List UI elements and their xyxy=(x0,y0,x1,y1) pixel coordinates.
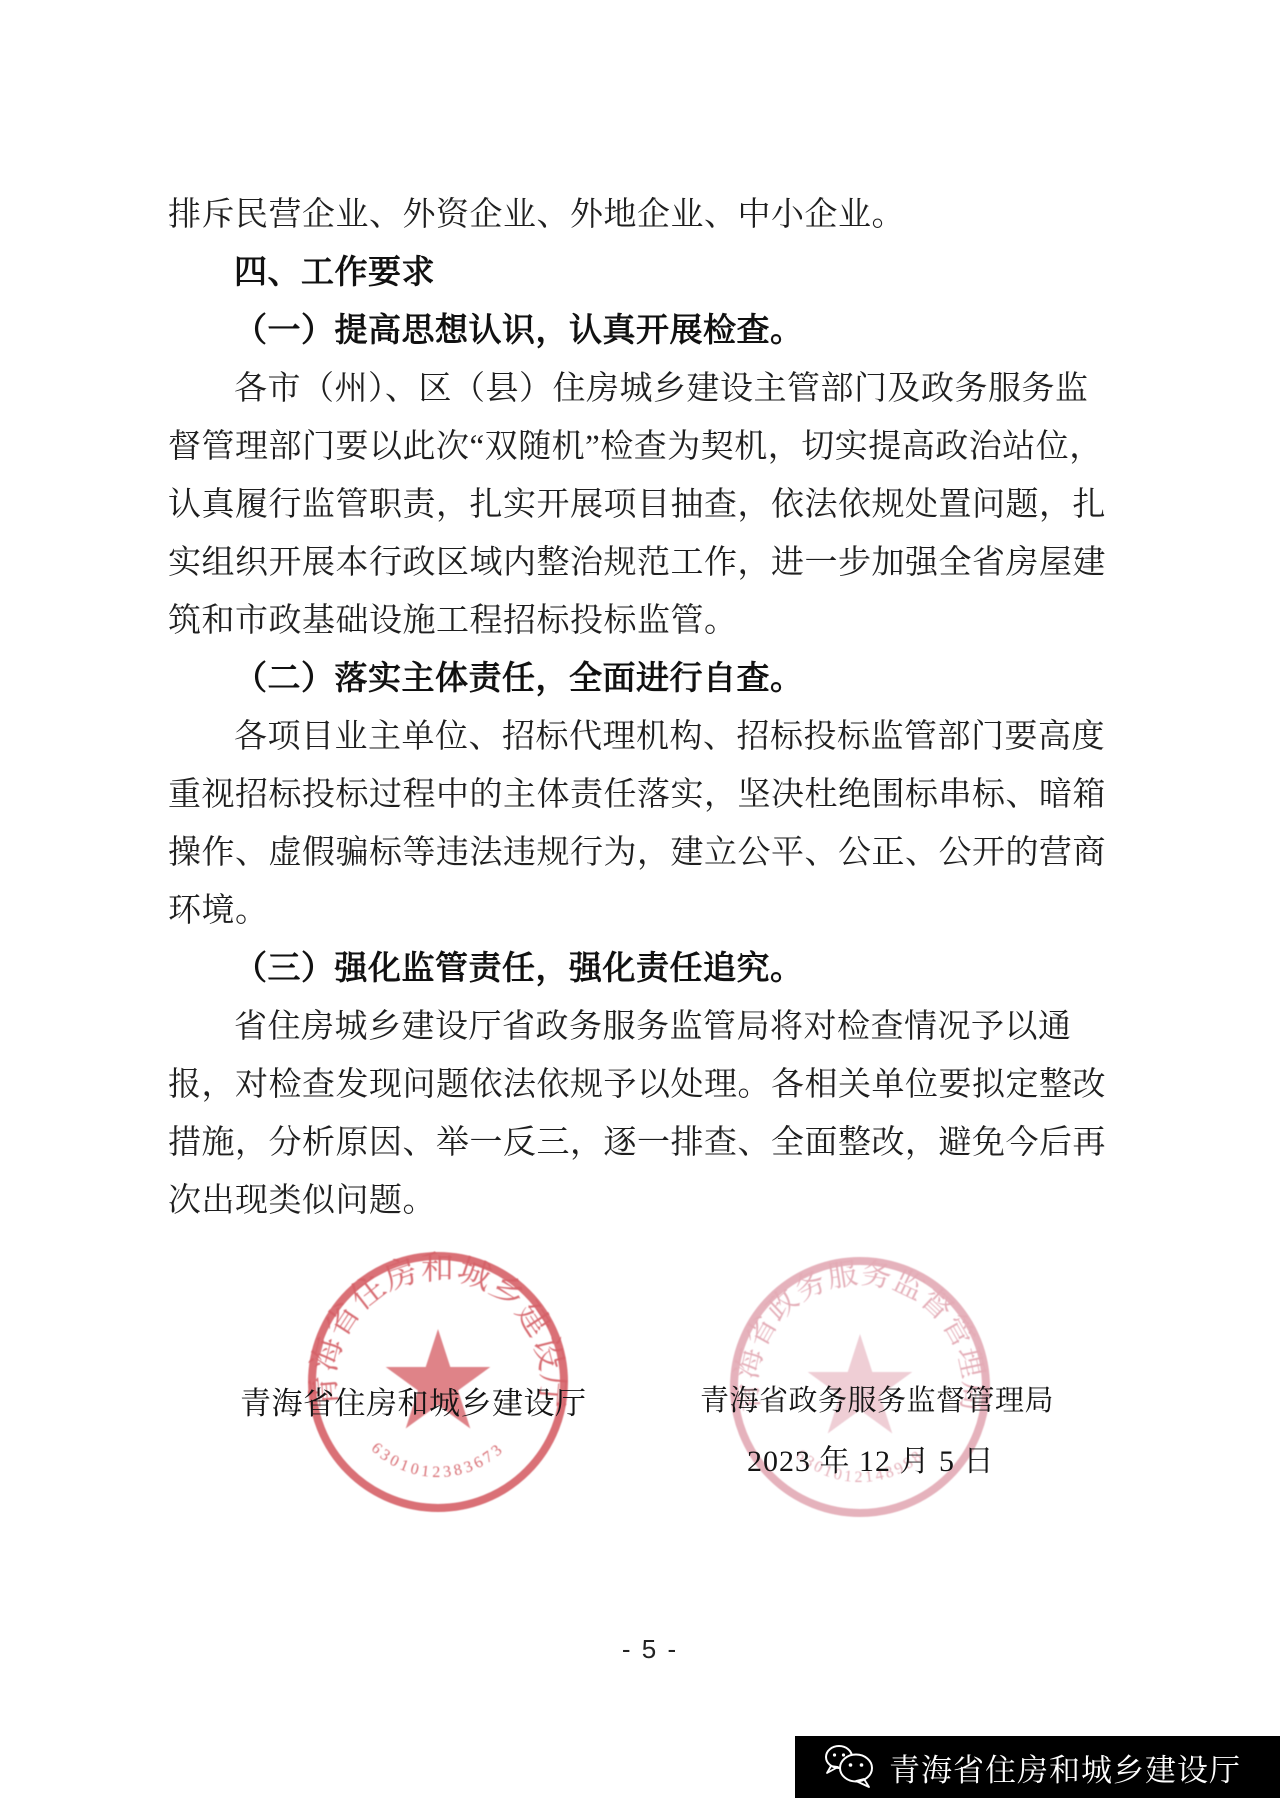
text-line: 四、工作要求 xyxy=(168,244,1128,302)
text-line: 操作、虚假骗标等违法违规行为，建立公平、公正、公开的营商 xyxy=(168,824,1128,882)
text-line: （二）落实主体责任，全面进行自查。 xyxy=(168,650,1128,708)
text-line: 实组织开展本行政区域内整治规范工作，进一步加强全省房屋建 xyxy=(168,534,1128,592)
wechat-bubbles-icon xyxy=(823,1743,875,1791)
text-line: 筑和市政基础设施工程招标投标监管。 xyxy=(168,592,1128,650)
text-line: （三）强化监管责任，强化责任追究。 xyxy=(168,940,1128,998)
text-line: 各市（州）、区（县）住房城乡建设主管部门及政务服务监 xyxy=(168,360,1128,418)
text-line: 环境。 xyxy=(168,882,1128,940)
text-line: 认真履行监管职责，扎实开展项目抽查，依法依规处置问题，扎 xyxy=(168,476,1128,534)
seal-serial: 6301012383673 xyxy=(368,1439,508,1481)
text-line: 省住房城乡建设厅省政务服务监管局将对检查情况予以通 xyxy=(168,998,1128,1056)
page-number: - 5 - xyxy=(570,1634,730,1665)
signature-agency-left: 青海省住房和城乡建设厅 xyxy=(240,1378,587,1423)
text-line: （一）提高思想认识，认真开展检查。 xyxy=(168,302,1128,360)
text-line: 督管理部门要以此次“双随机”检查为契机，切实提高政治站位， xyxy=(168,418,1128,476)
text-line: 次出现类似问题。 xyxy=(168,1172,1128,1230)
document-page: 排斥民营企业、外资企业、外地企业、中小企业。四、工作要求（一）提高思想认识，认真… xyxy=(0,0,1280,1810)
document-text: 排斥民营企业、外资企业、外地企业、中小企业。四、工作要求（一）提高思想认识，认真… xyxy=(168,186,1128,1230)
text-line: 排斥民营企业、外资企业、外地企业、中小企业。 xyxy=(168,186,1128,244)
text-line: 报，对检查发现问题依法依规予以处理。各相关单位要拟定整改 xyxy=(168,1056,1128,1114)
footer-account-name: 青海省住房和城乡建设厅 xyxy=(889,1745,1241,1790)
text-line: 措施，分析原因、举一反三，逐一排查、全面整改，避免今后再 xyxy=(168,1114,1128,1172)
signature-date: 2023 年 12 月 5 日 xyxy=(747,1436,995,1480)
text-line: 重视招标投标过程中的主体责任落实，坚决杜绝围标串标、暗箱 xyxy=(168,766,1128,824)
signature-agency-right: 青海省政务服务监督管理局 xyxy=(700,1378,1054,1419)
footer-bar: 青海省住房和城乡建设厅 xyxy=(795,1736,1280,1798)
text-line: 各项目业主单位、招标代理机构、招标投标监管部门要高度 xyxy=(168,708,1128,766)
